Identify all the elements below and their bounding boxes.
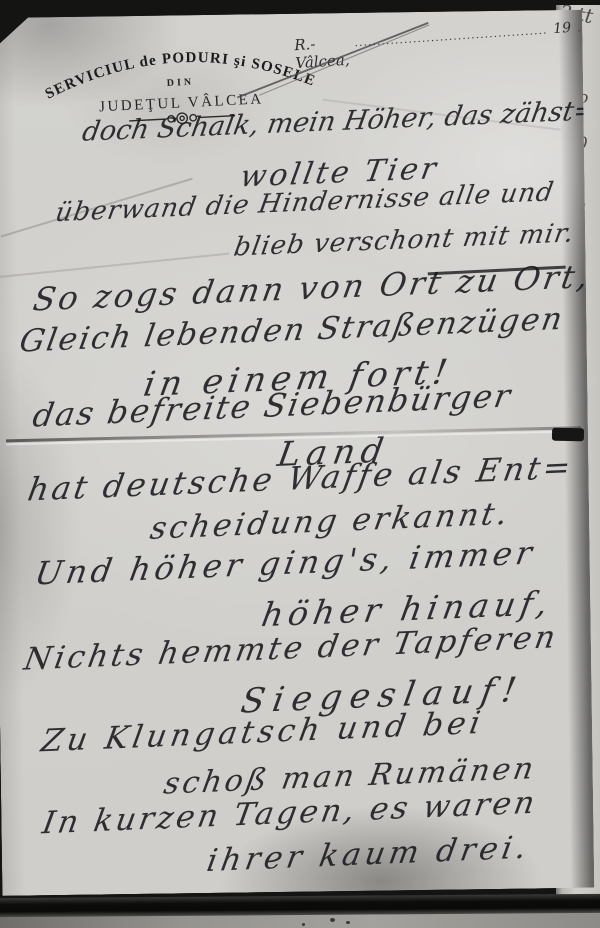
scanned-letter-photo: ? ttfo50u SERVICIUL de PODURI şi SOSELE … <box>0 0 600 928</box>
handwriting-line: ihrer kaum drei. <box>204 830 533 880</box>
handwriting-block: doch Schalk, mein Höher, das zähst=wollt… <box>0 0 600 928</box>
handwriting-line: Und höher ging's, immer <box>32 534 539 593</box>
speck <box>302 923 305 926</box>
speck <box>346 921 350 924</box>
handwriting-line: doch Schalk, mein Höher, das zähst= <box>80 95 599 148</box>
handwriting-line: blieb verschont mit mir. <box>232 218 577 262</box>
letter-page-content: SERVICIUL de PODURI şi SOSELE DIN JUDEŢU… <box>0 0 600 928</box>
speck <box>330 918 335 922</box>
letter-page: SERVICIUL de PODURI şi SOSELE DIN JUDEŢU… <box>0 0 594 896</box>
